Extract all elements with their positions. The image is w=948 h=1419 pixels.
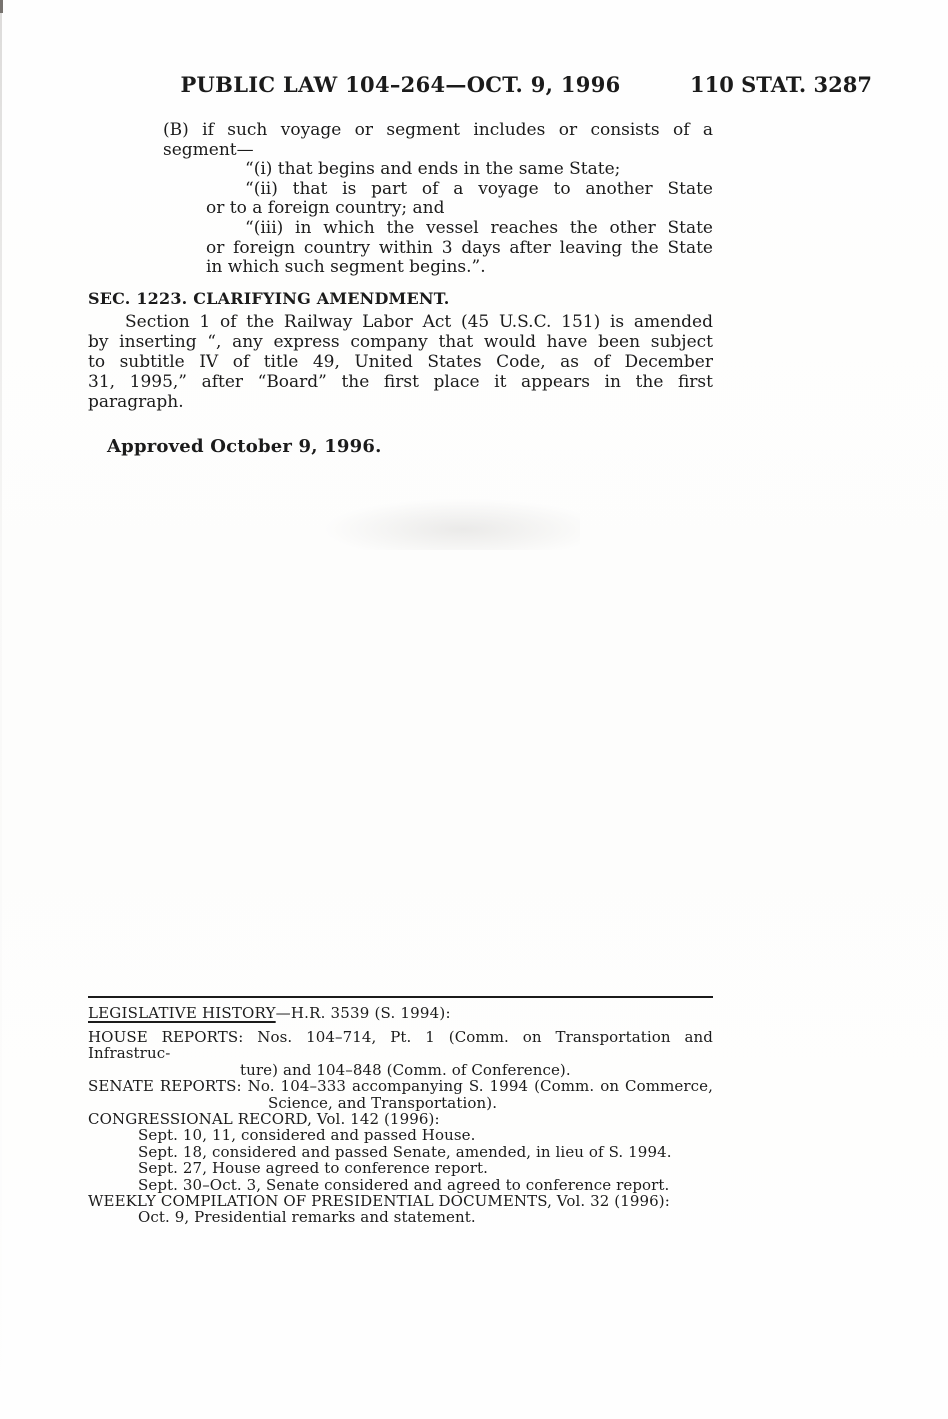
paragraph-line: to subtitle IV of title 49, United State… [88, 352, 713, 372]
clause-ii-line: “(ii) that is part of a voyage to anothe… [163, 180, 713, 200]
clause-i-line: “(i) that begins and ends in the same St… [163, 160, 713, 180]
clause-iii-line: or foreign country within 3 days after l… [163, 239, 713, 259]
legislative-history-title-rest: —H.R. 3539 (S. 1994): [276, 1004, 451, 1022]
paragraph-line: 31, 1995,” after “Board” the first place… [88, 372, 713, 392]
page-bleed-artifact [320, 498, 580, 550]
paragraph-line: paragraph. [88, 392, 713, 412]
approval-line: Approved October 9, 1996. [107, 436, 382, 457]
senate-reports-line: SENATE REPORTS: No. 104–333 accompanying… [88, 1078, 713, 1094]
subsection-b-line: (B) if such voyage or segment includes o… [163, 121, 713, 141]
congressional-record-heading: CONGRESSIONAL RECORD, Vol. 142 (1996): [88, 1111, 713, 1127]
section-1223-heading: SEC. 1223. CLARIFYING AMENDMENT. [88, 289, 450, 308]
legislative-history-block: HOUSE REPORTS: Nos. 104–714, Pt. 1 (Comm… [88, 1029, 713, 1226]
clause-iii-line: in which such segment begins.”. [163, 258, 713, 278]
paragraph-line: Section 1 of the Railway Labor Act (45 U… [88, 312, 713, 332]
subsection-b-block: (B) if such voyage or segment includes o… [163, 121, 713, 278]
subsection-b-line: segment— [163, 141, 713, 161]
senate-reports-line: Science, and Transportation). [88, 1095, 713, 1111]
clause-ii-line: or to a foreign country; and [163, 199, 713, 219]
house-reports-line: ture) and 104–848 (Comm. of Conference). [88, 1062, 713, 1078]
congressional-record-entry: Sept. 18, considered and passed Senate, … [88, 1144, 713, 1160]
clause-iii-line: “(iii) in which the vessel reaches the o… [163, 219, 713, 239]
scan-edge-artifact [0, 0, 2, 1419]
legislative-history-rule [88, 996, 713, 998]
weekly-compilation-entry: Oct. 9, Presidential remarks and stateme… [88, 1209, 713, 1225]
legislative-history-title-underlined: LEGISLATIVE HISTORY [88, 1004, 276, 1022]
running-header-page-number: 110 STAT. 3287 [690, 72, 855, 97]
legislative-history-title: LEGISLATIVE HISTORY—H.R. 3539 (S. 1994): [88, 1004, 451, 1022]
weekly-compilation-heading: WEEKLY COMPILATION OF PRESIDENTIAL DOCUM… [88, 1193, 713, 1209]
running-header-law-title: PUBLIC LAW 104–264—OCT. 9, 1996 [88, 72, 713, 97]
paragraph-line: by inserting “, any express company that… [88, 332, 713, 352]
statute-page: PUBLIC LAW 104–264—OCT. 9, 1996 110 STAT… [0, 0, 948, 1419]
congressional-record-entry: Sept. 27, House agreed to conference rep… [88, 1160, 713, 1176]
congressional-record-entry: Sept. 30–Oct. 3, Senate considered and a… [88, 1177, 713, 1193]
house-reports-line: HOUSE REPORTS: Nos. 104–714, Pt. 1 (Comm… [88, 1029, 713, 1062]
congressional-record-entry: Sept. 10, 11, considered and passed Hous… [88, 1127, 713, 1143]
section-1223-paragraph: Section 1 of the Railway Labor Act (45 U… [88, 312, 713, 412]
